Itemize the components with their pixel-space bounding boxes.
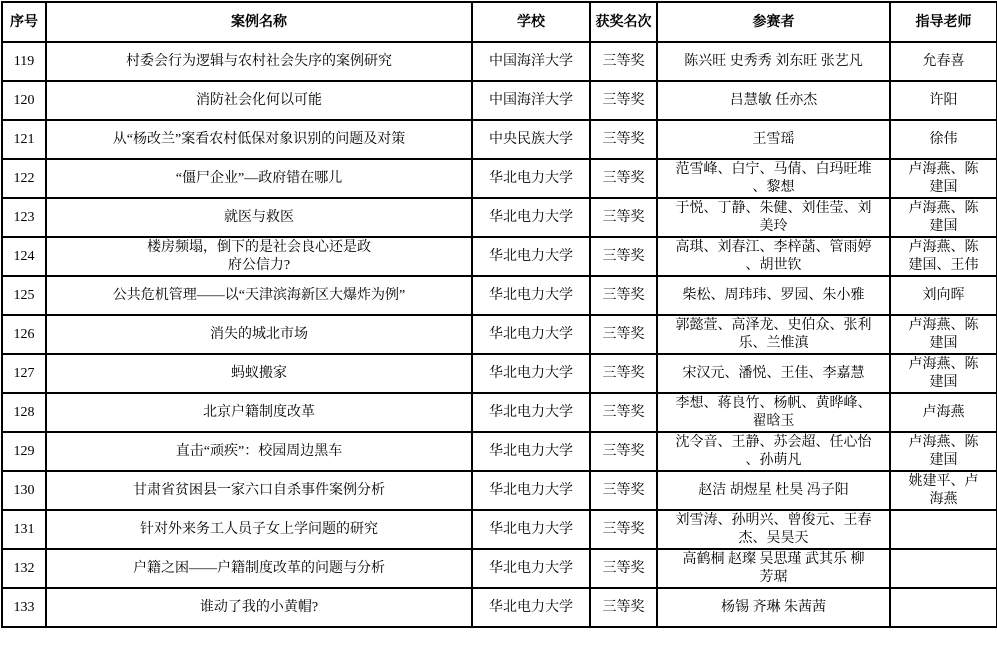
school-cell: 华北电力大学 bbox=[472, 393, 590, 432]
award-cell: 三等奖 bbox=[590, 198, 657, 237]
table-row: 133谁动了我的小黄帽?华北电力大学三等奖杨锡 齐琳 朱茜茜 bbox=[2, 588, 997, 627]
serial-cell: 130 bbox=[2, 471, 46, 510]
table-row: 123就医与救医华北电力大学三等奖于悦、丁静、朱健、刘佳莹、刘 美玲卢海燕、陈 … bbox=[2, 198, 997, 237]
advisor-cell bbox=[890, 549, 997, 588]
school-cell: 华北电力大学 bbox=[472, 471, 590, 510]
case-name-cell: 公共危机管理——以“天津滨海新区大爆炸为例” bbox=[46, 276, 472, 315]
award-table-body: 119村委会行为逻辑与农村社会失序的案例研究中国海洋大学三等奖陈兴旺 史秀秀 刘… bbox=[2, 42, 997, 627]
column-header-school: 学校 bbox=[472, 2, 590, 42]
advisor-cell: 卢海燕、陈 建国 bbox=[890, 354, 997, 393]
award-cell: 三等奖 bbox=[590, 276, 657, 315]
table-row: 128北京户籍制度改革华北电力大学三等奖李想、蒋良竹、杨帆、黄晔峰、 翟晗玉卢海… bbox=[2, 393, 997, 432]
advisor-cell: 卢海燕、陈 建国 bbox=[890, 159, 997, 198]
award-cell: 三等奖 bbox=[590, 393, 657, 432]
table-row: 131针对外来务工人员子女上学问题的研究华北电力大学三等奖刘雪涛、孙明兴、曾俊元… bbox=[2, 510, 997, 549]
school-cell: 华北电力大学 bbox=[472, 354, 590, 393]
school-cell: 中央民族大学 bbox=[472, 120, 590, 159]
school-cell: 华北电力大学 bbox=[472, 276, 590, 315]
participants-cell: 柴松、周玮玮、罗园、朱小雅 bbox=[657, 276, 890, 315]
table-row: 127蚂蚁搬家华北电力大学三等奖宋汉元、潘悦、王佳、李嘉慧卢海燕、陈 建国 bbox=[2, 354, 997, 393]
participants-cell: 沈令音、王静、苏会超、任心怡 、孙萌凡 bbox=[657, 432, 890, 471]
table-row: 121从“杨改兰”案看农村低保对象识别的问题及对策中央民族大学三等奖王雪瑶徐伟 bbox=[2, 120, 997, 159]
participants-cell: 赵洁 胡煜星 杜昊 冯子阳 bbox=[657, 471, 890, 510]
case-name-cell: 就医与救医 bbox=[46, 198, 472, 237]
school-cell: 华北电力大学 bbox=[472, 315, 590, 354]
table-row: 122“僵尸企业”—政府错在哪儿华北电力大学三等奖范雪峰、白宁、马倩、白玛旺堆 … bbox=[2, 159, 997, 198]
advisor-cell: 卢海燕、陈 建国、王伟 bbox=[890, 237, 997, 276]
case-name-cell: 甘肃省贫困县一家六口自杀事件案例分析 bbox=[46, 471, 472, 510]
advisor-cell bbox=[890, 510, 997, 549]
award-cell: 三等奖 bbox=[590, 432, 657, 471]
case-name-cell: 消防社会化何以可能 bbox=[46, 81, 472, 120]
advisor-cell: 刘向晖 bbox=[890, 276, 997, 315]
serial-cell: 120 bbox=[2, 81, 46, 120]
advisor-cell: 卢海燕、陈 建国 bbox=[890, 315, 997, 354]
serial-cell: 129 bbox=[2, 432, 46, 471]
table-row: 120消防社会化何以可能中国海洋大学三等奖吕慧敏 任亦杰许阳 bbox=[2, 81, 997, 120]
award-cell: 三等奖 bbox=[590, 159, 657, 198]
school-cell: 华北电力大学 bbox=[472, 432, 590, 471]
serial-cell: 119 bbox=[2, 42, 46, 81]
participants-cell: 陈兴旺 史秀秀 刘东旺 张艺凡 bbox=[657, 42, 890, 81]
case-name-cell: “僵尸企业”—政府错在哪儿 bbox=[46, 159, 472, 198]
case-name-cell: 北京户籍制度改革 bbox=[46, 393, 472, 432]
award-cell: 三等奖 bbox=[590, 471, 657, 510]
award-cell: 三等奖 bbox=[590, 315, 657, 354]
participants-cell: 李想、蒋良竹、杨帆、黄晔峰、 翟晗玉 bbox=[657, 393, 890, 432]
serial-cell: 133 bbox=[2, 588, 46, 627]
participants-cell: 郭懿萱、高泽龙、史伯众、张利 乐、兰惟滇 bbox=[657, 315, 890, 354]
advisor-cell: 许阳 bbox=[890, 81, 997, 120]
column-header-case-name: 案例名称 bbox=[46, 2, 472, 42]
table-row: 126消失的城北市场华北电力大学三等奖郭懿萱、高泽龙、史伯众、张利 乐、兰惟滇卢… bbox=[2, 315, 997, 354]
school-cell: 中国海洋大学 bbox=[472, 81, 590, 120]
header-row: 序号案例名称学校获奖名次参赛者指导老师 bbox=[2, 2, 997, 42]
participants-cell: 高鹤桐 赵璨 吴思瑾 武其乐 柳 芳琚 bbox=[657, 549, 890, 588]
participants-cell: 于悦、丁静、朱健、刘佳莹、刘 美玲 bbox=[657, 198, 890, 237]
participants-cell: 王雪瑶 bbox=[657, 120, 890, 159]
participants-cell: 范雪峰、白宁、马倩、白玛旺堆 、黎想 bbox=[657, 159, 890, 198]
serial-cell: 132 bbox=[2, 549, 46, 588]
award-table: 序号案例名称学校获奖名次参赛者指导老师 119村委会行为逻辑与农村社会失序的案例… bbox=[1, 1, 997, 628]
case-name-cell: 谁动了我的小黄帽? bbox=[46, 588, 472, 627]
case-name-cell: 直击“顽疾”：校园周边黑车 bbox=[46, 432, 472, 471]
award-cell: 三等奖 bbox=[590, 42, 657, 81]
school-cell: 华北电力大学 bbox=[472, 237, 590, 276]
school-cell: 华北电力大学 bbox=[472, 549, 590, 588]
column-header-award: 获奖名次 bbox=[590, 2, 657, 42]
participants-cell: 宋汉元、潘悦、王佳、李嘉慧 bbox=[657, 354, 890, 393]
advisor-cell: 卢海燕、陈 建国 bbox=[890, 432, 997, 471]
award-cell: 三等奖 bbox=[590, 510, 657, 549]
participants-cell: 高琪、刘春江、李梓菡、管雨婷 、胡世钦 bbox=[657, 237, 890, 276]
serial-cell: 121 bbox=[2, 120, 46, 159]
case-name-cell: 蚂蚁搬家 bbox=[46, 354, 472, 393]
table-row: 119村委会行为逻辑与农村社会失序的案例研究中国海洋大学三等奖陈兴旺 史秀秀 刘… bbox=[2, 42, 997, 81]
case-name-cell: 消失的城北市场 bbox=[46, 315, 472, 354]
table-row: 129直击“顽疾”：校园周边黑车华北电力大学三等奖沈令音、王静、苏会超、任心怡 … bbox=[2, 432, 997, 471]
column-header-advisor: 指导老师 bbox=[890, 2, 997, 42]
serial-cell: 124 bbox=[2, 237, 46, 276]
case-name-cell: 户籍之困——户籍制度改革的问题与分析 bbox=[46, 549, 472, 588]
advisor-cell: 允春喜 bbox=[890, 42, 997, 81]
award-cell: 三等奖 bbox=[590, 120, 657, 159]
award-cell: 三等奖 bbox=[590, 588, 657, 627]
table-row: 130甘肃省贫困县一家六口自杀事件案例分析华北电力大学三等奖赵洁 胡煜星 杜昊 … bbox=[2, 471, 997, 510]
serial-cell: 123 bbox=[2, 198, 46, 237]
serial-cell: 128 bbox=[2, 393, 46, 432]
table-row: 132户籍之困——户籍制度改革的问题与分析华北电力大学三等奖高鹤桐 赵璨 吴思瑾… bbox=[2, 549, 997, 588]
column-header-participants: 参赛者 bbox=[657, 2, 890, 42]
advisor-cell: 卢海燕 bbox=[890, 393, 997, 432]
case-name-cell: 针对外来务工人员子女上学问题的研究 bbox=[46, 510, 472, 549]
advisor-cell: 卢海燕、陈 建国 bbox=[890, 198, 997, 237]
case-name-cell: 从“杨改兰”案看农村低保对象识别的问题及对策 bbox=[46, 120, 472, 159]
column-header-serial: 序号 bbox=[2, 2, 46, 42]
award-cell: 三等奖 bbox=[590, 237, 657, 276]
award-cell: 三等奖 bbox=[590, 81, 657, 120]
award-cell: 三等奖 bbox=[590, 354, 657, 393]
serial-cell: 125 bbox=[2, 276, 46, 315]
participants-cell: 刘雪涛、孙明兴、曾俊元、王春 杰、吴昊天 bbox=[657, 510, 890, 549]
school-cell: 中国海洋大学 bbox=[472, 42, 590, 81]
document-page: 序号案例名称学校获奖名次参赛者指导老师 119村委会行为逻辑与农村社会失序的案例… bbox=[0, 0, 997, 654]
school-cell: 华北电力大学 bbox=[472, 198, 590, 237]
table-row: 124楼房频塌，倒下的是社会良心还是政 府公信力?华北电力大学三等奖高琪、刘春江… bbox=[2, 237, 997, 276]
serial-cell: 126 bbox=[2, 315, 46, 354]
advisor-cell: 姚建平、卢 海燕 bbox=[890, 471, 997, 510]
case-name-cell: 村委会行为逻辑与农村社会失序的案例研究 bbox=[46, 42, 472, 81]
case-name-cell: 楼房频塌，倒下的是社会良心还是政 府公信力? bbox=[46, 237, 472, 276]
advisor-cell bbox=[890, 588, 997, 627]
participants-cell: 吕慧敏 任亦杰 bbox=[657, 81, 890, 120]
award-cell: 三等奖 bbox=[590, 549, 657, 588]
serial-cell: 131 bbox=[2, 510, 46, 549]
table-row: 125公共危机管理——以“天津滨海新区大爆炸为例”华北电力大学三等奖柴松、周玮玮… bbox=[2, 276, 997, 315]
serial-cell: 122 bbox=[2, 159, 46, 198]
serial-cell: 127 bbox=[2, 354, 46, 393]
advisor-cell: 徐伟 bbox=[890, 120, 997, 159]
school-cell: 华北电力大学 bbox=[472, 510, 590, 549]
school-cell: 华北电力大学 bbox=[472, 588, 590, 627]
participants-cell: 杨锡 齐琳 朱茜茜 bbox=[657, 588, 890, 627]
school-cell: 华北电力大学 bbox=[472, 159, 590, 198]
